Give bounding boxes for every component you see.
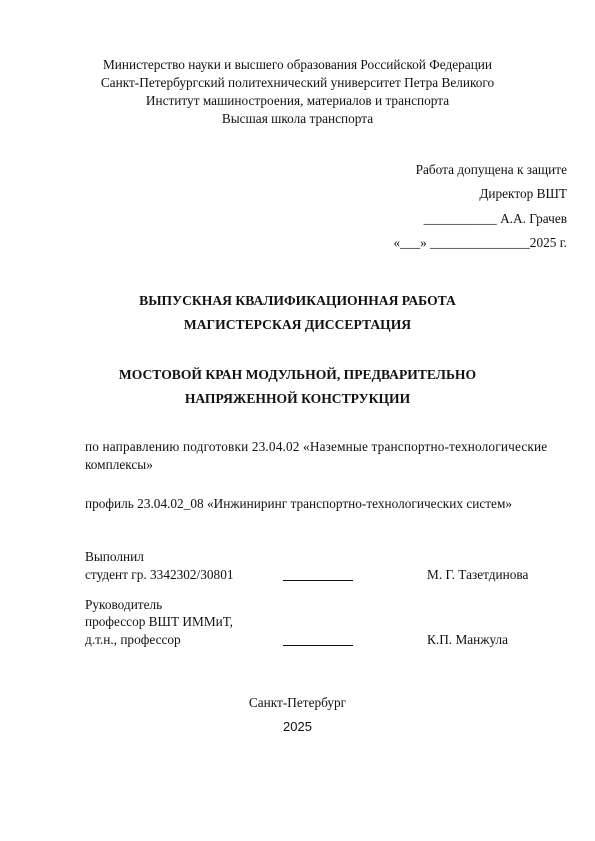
university-line: Санкт-Петербургский политехнический унив… <box>0 74 595 92</box>
approval-status: Работа допущена к защите <box>416 162 567 178</box>
student-signature-line <box>283 580 353 581</box>
supervisor-position-2: д.т.н., профессор <box>85 632 181 648</box>
direction-line-1: по направлению подготовки 23.04.02 «Назе… <box>85 439 547 455</box>
topic-line-1: МОСТОВОЙ КРАН МОДУЛЬНОЙ, ПРЕДВАРИТЕЛЬНО <box>0 367 595 383</box>
ministry-line: Министерство науки и высшего образования… <box>0 56 595 74</box>
student-role: Выполнил <box>85 549 144 565</box>
supervisor-name: К.П. Манжула <box>427 632 508 648</box>
profile-line: профиль 23.04.02_08 «Инжиниринг транспор… <box>85 496 512 512</box>
work-type: ВЫПУСКНАЯ КВАЛИФИКАЦИОННАЯ РАБОТА <box>0 293 595 309</box>
approval-date: «___» _______________2025 г. <box>394 235 568 251</box>
footer-year: 2025 <box>0 719 595 734</box>
direction-line-2: комплексы» <box>85 457 153 473</box>
footer-city: Санкт-Петербург <box>0 695 595 711</box>
approver-signature: ___________ А.А. Грачев <box>424 211 567 227</box>
work-subtype: МАГИСТЕРСКАЯ ДИССЕРТАЦИЯ <box>0 317 595 333</box>
supervisor-role: Руководитель <box>85 597 162 613</box>
institute-line: Институт машиностроения, материалов и тр… <box>0 92 595 110</box>
topic-line-2: НАПРЯЖЕННОЙ КОНСТРУКЦИИ <box>0 391 595 407</box>
approver-title: Директор ВШТ <box>479 186 567 202</box>
school-line: Высшая школа транспорта <box>0 110 595 128</box>
supervisor-signature-line <box>283 645 353 646</box>
student-position: студент гр. 3342302/30801 <box>85 567 234 583</box>
student-name: М. Г. Тазетдинова <box>427 567 528 583</box>
supervisor-position-1: профессор ВШТ ИММиТ, <box>85 614 233 630</box>
